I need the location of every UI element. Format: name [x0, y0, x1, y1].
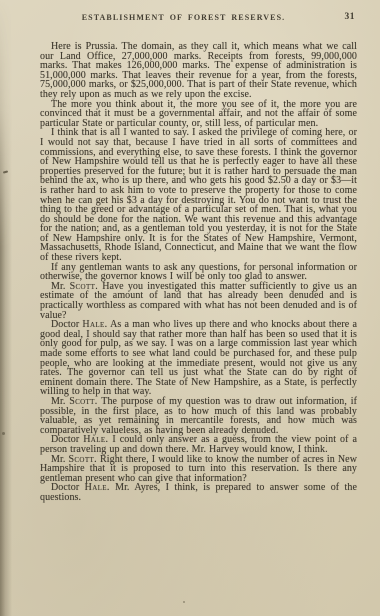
paragraph-3: I think that is all I wanted to say. I a… [40, 128, 357, 262]
paragraph-1: Here is Prussia. The domain, as they cal… [40, 42, 357, 100]
paragraph-9: Mr. Scott. Right there, I would like to … [40, 455, 357, 484]
paragraph-7: Mr. Scott. The purpose of my question wa… [40, 397, 357, 435]
ink-speck [2, 432, 5, 435]
paragraph-2: The more you think about it, the more yo… [40, 100, 357, 129]
ink-speck [3, 170, 8, 173]
paragraph-text: I think that is all I wanted to say. I a… [40, 127, 357, 263]
page-body: Here is Prussia. The domain, as they cal… [40, 42, 357, 503]
page-number: 31 [345, 12, 356, 22]
ink-speck [183, 601, 185, 603]
running-title: ESTABLISHMENT OF FOREST RESERVES. [40, 13, 327, 22]
paragraph-6: Doctor Hale. As a man who lives up there… [40, 320, 357, 397]
paragraph-text: As a man who lives up there and who knoc… [40, 319, 357, 397]
gutter-shadow [0, 0, 12, 616]
paragraph-10: Doctor Hale. Mr. Ayres, I think, is prep… [40, 483, 357, 502]
paragraph-8: Doctor Hale. I could only answer as a gu… [40, 435, 357, 454]
paragraph-text: The more you think about it, the more yo… [40, 99, 357, 129]
paragraph-4: If any gentleman wants to ask any questi… [40, 263, 357, 282]
paragraph-text: If any gentleman wants to ask any questi… [40, 262, 357, 283]
running-head: ESTABLISHMENT OF FOREST RESERVES. 31 [40, 13, 357, 25]
paragraph-5: Mr. Scott. Have you investigated this ma… [40, 282, 357, 320]
paragraph-text: Here is Prussia. The domain, as they cal… [40, 41, 357, 100]
book-page: ESTABLISHMENT OF FOREST RESERVES. 31 Her… [0, 0, 380, 616]
